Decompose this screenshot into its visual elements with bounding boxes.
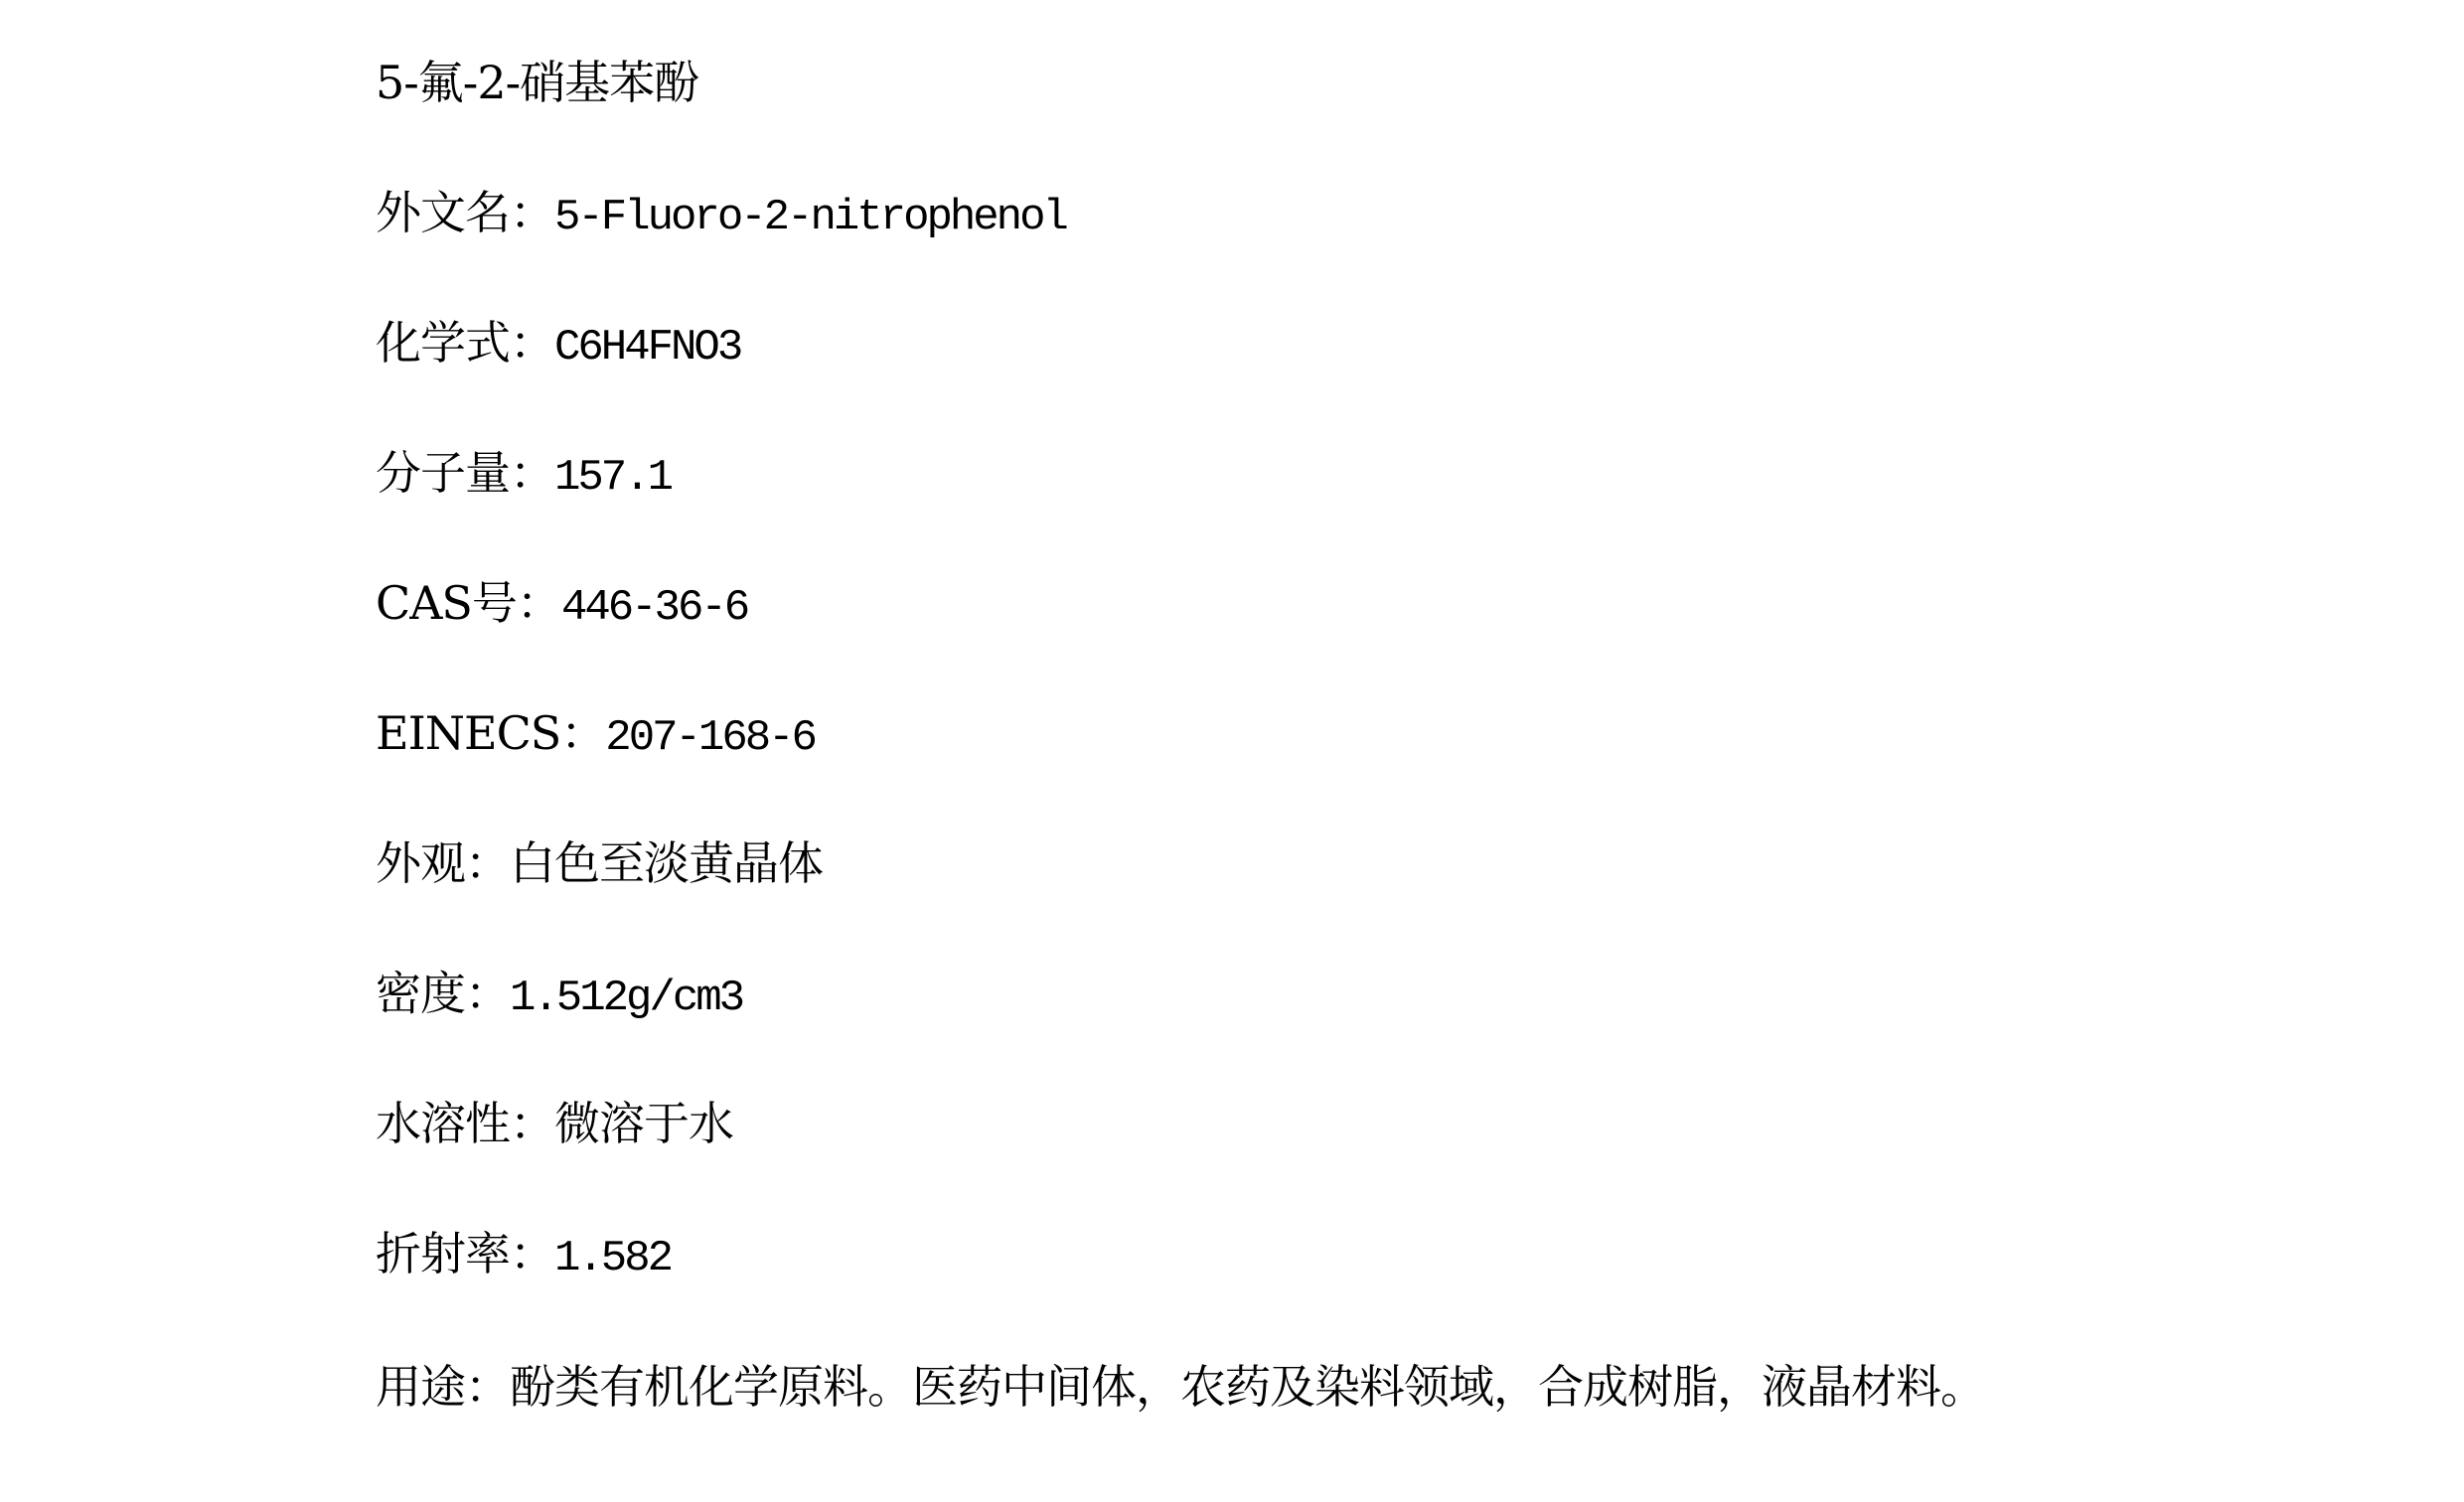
field-appearance: 外观：白色至淡黄晶体 [376,831,823,895]
field-value: 446-36-6 [561,583,747,633]
field-cas: CAS号：446-36-6 [376,571,747,640]
field-value: 白色至淡黄晶体 [510,836,823,890]
field-density: 密度：1.512g/cm3 [376,962,742,1030]
field-water-solubility: 水溶性：微溶于水 [376,1092,733,1155]
field-usage: 用途：酚类有机化学原料。医药中间体，农药及染料领域，合成树脂，液晶材料。 [376,1355,2084,1419]
field-value: C6H4FNO3 [554,323,740,373]
field-label: 外文名： [376,186,554,239]
title-text: 5-氟-2-硝基苯酚 [376,56,698,109]
field-label: 外观： [376,836,510,890]
field-label: 密度： [376,967,510,1020]
field-value: 5-Fluoro-2-nitrophenol [554,193,1066,242]
field-foreign-name: 外文名：5-Fluoro-2-nitrophenol [376,181,1066,249]
field-label: 分子量： [376,446,554,500]
field-value: 207-168-6 [605,713,815,763]
field-value: 酚类有机化学原料。医药中间体，农药及染料领域，合成树脂，液晶材料。 [510,1360,1985,1414]
field-molecular-weight: 分子量：157.1 [376,441,671,510]
field-refractive-index: 折射率：1.582 [376,1222,671,1290]
field-value: 1.512g/cm3 [510,974,742,1023]
field-label: CAS号： [376,576,561,630]
field-label: 用途： [376,1360,510,1414]
field-formula: 化学式：C6H4FNO3 [376,311,740,379]
field-value: 157.1 [554,453,671,503]
field-label: 折射率： [376,1227,554,1280]
field-label: 水溶性： [376,1097,554,1150]
field-label: 化学式： [376,316,554,370]
field-label: EINECS： [376,706,605,760]
field-value: 微溶于水 [554,1097,733,1150]
compound-title: 5-氟-2-硝基苯酚 [376,51,698,114]
field-value: 1.582 [554,1234,671,1283]
field-einecs: EINECS：207-168-6 [376,701,815,770]
